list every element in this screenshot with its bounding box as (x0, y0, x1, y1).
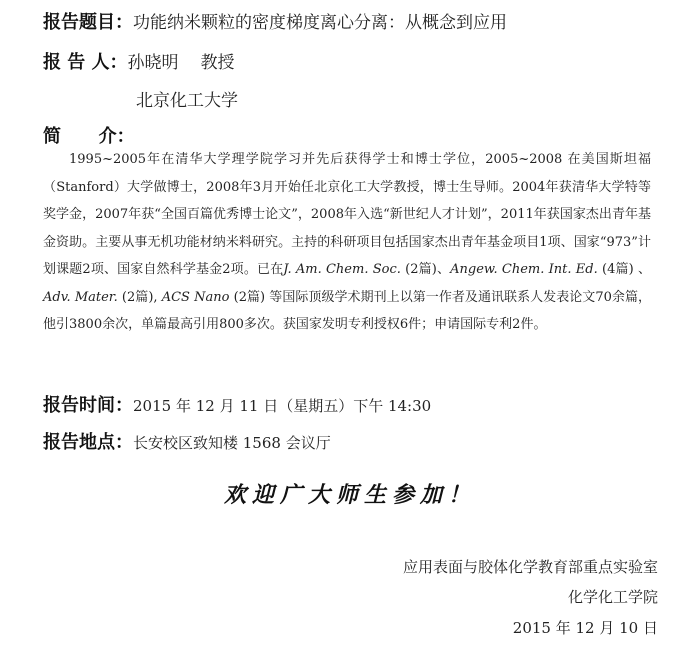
speaker-affiliation: 北京化工大学 (136, 86, 238, 111)
notice-date: 2015 年 12 月 10 日 (513, 617, 658, 638)
report-title-label: 报告题目： (43, 8, 133, 34)
speaker-name: 孙晓明 (128, 48, 179, 73)
journal-name: ACS Nano (162, 290, 230, 305)
speaker-row: 报 告 人： 孙晓明 教授 (43, 48, 235, 74)
place-value: 长安校区致知楼 1568 会议厅 (133, 432, 331, 453)
place-row: 报告地点： 长安校区致知楼 1568 会议厅 (43, 428, 331, 454)
journal-name: Angew. Chem. Int. Ed. (450, 262, 598, 277)
time-label: 报告时间： (43, 391, 133, 417)
journal-name: Adv. Mater. (43, 290, 118, 305)
bio-paragraph: 1995~2005年在清华大学理学院学习并先后获得学士和博士学位，2005~20… (43, 146, 651, 339)
bio-text: (2篇)、 (401, 262, 450, 277)
bio-text: (4篇) 、 (598, 262, 651, 277)
bio-text: 1995~2005年在清华大学理学院学习并先后获得学士和博士学位，2005~20… (43, 152, 651, 277)
organizer-school: 化学化工学院 (568, 586, 658, 607)
bio-text: (2篇), (118, 290, 162, 305)
journal-name: J. Am. Chem. Soc. (283, 262, 401, 277)
report-title-row: 报告题目： 功能纳米颗粒的密度梯度离心分离：从概念到应用 (43, 8, 507, 34)
affiliation-row: 北京化工大学 (136, 86, 238, 111)
place-label: 报告地点： (43, 428, 133, 454)
time-value: 2015 年 12 月 11 日（星期五）下午 14:30 (133, 395, 431, 416)
bio-label: 简 介： (43, 122, 135, 148)
organizer-lab: 应用表面与胶体化学教育部重点实验室 (403, 556, 658, 577)
report-title-value: 功能纳米颗粒的密度梯度离心分离：从概念到应用 (133, 8, 507, 33)
speaker-label: 报 告 人： (43, 48, 128, 74)
welcome-message: 欢迎广大师生参加！ (0, 478, 700, 509)
bio-label-row: 简 介： (43, 122, 135, 148)
time-row: 报告时间： 2015 年 12 月 11 日（星期五）下午 14:30 (43, 391, 431, 417)
speaker-title: 教授 (201, 48, 235, 73)
